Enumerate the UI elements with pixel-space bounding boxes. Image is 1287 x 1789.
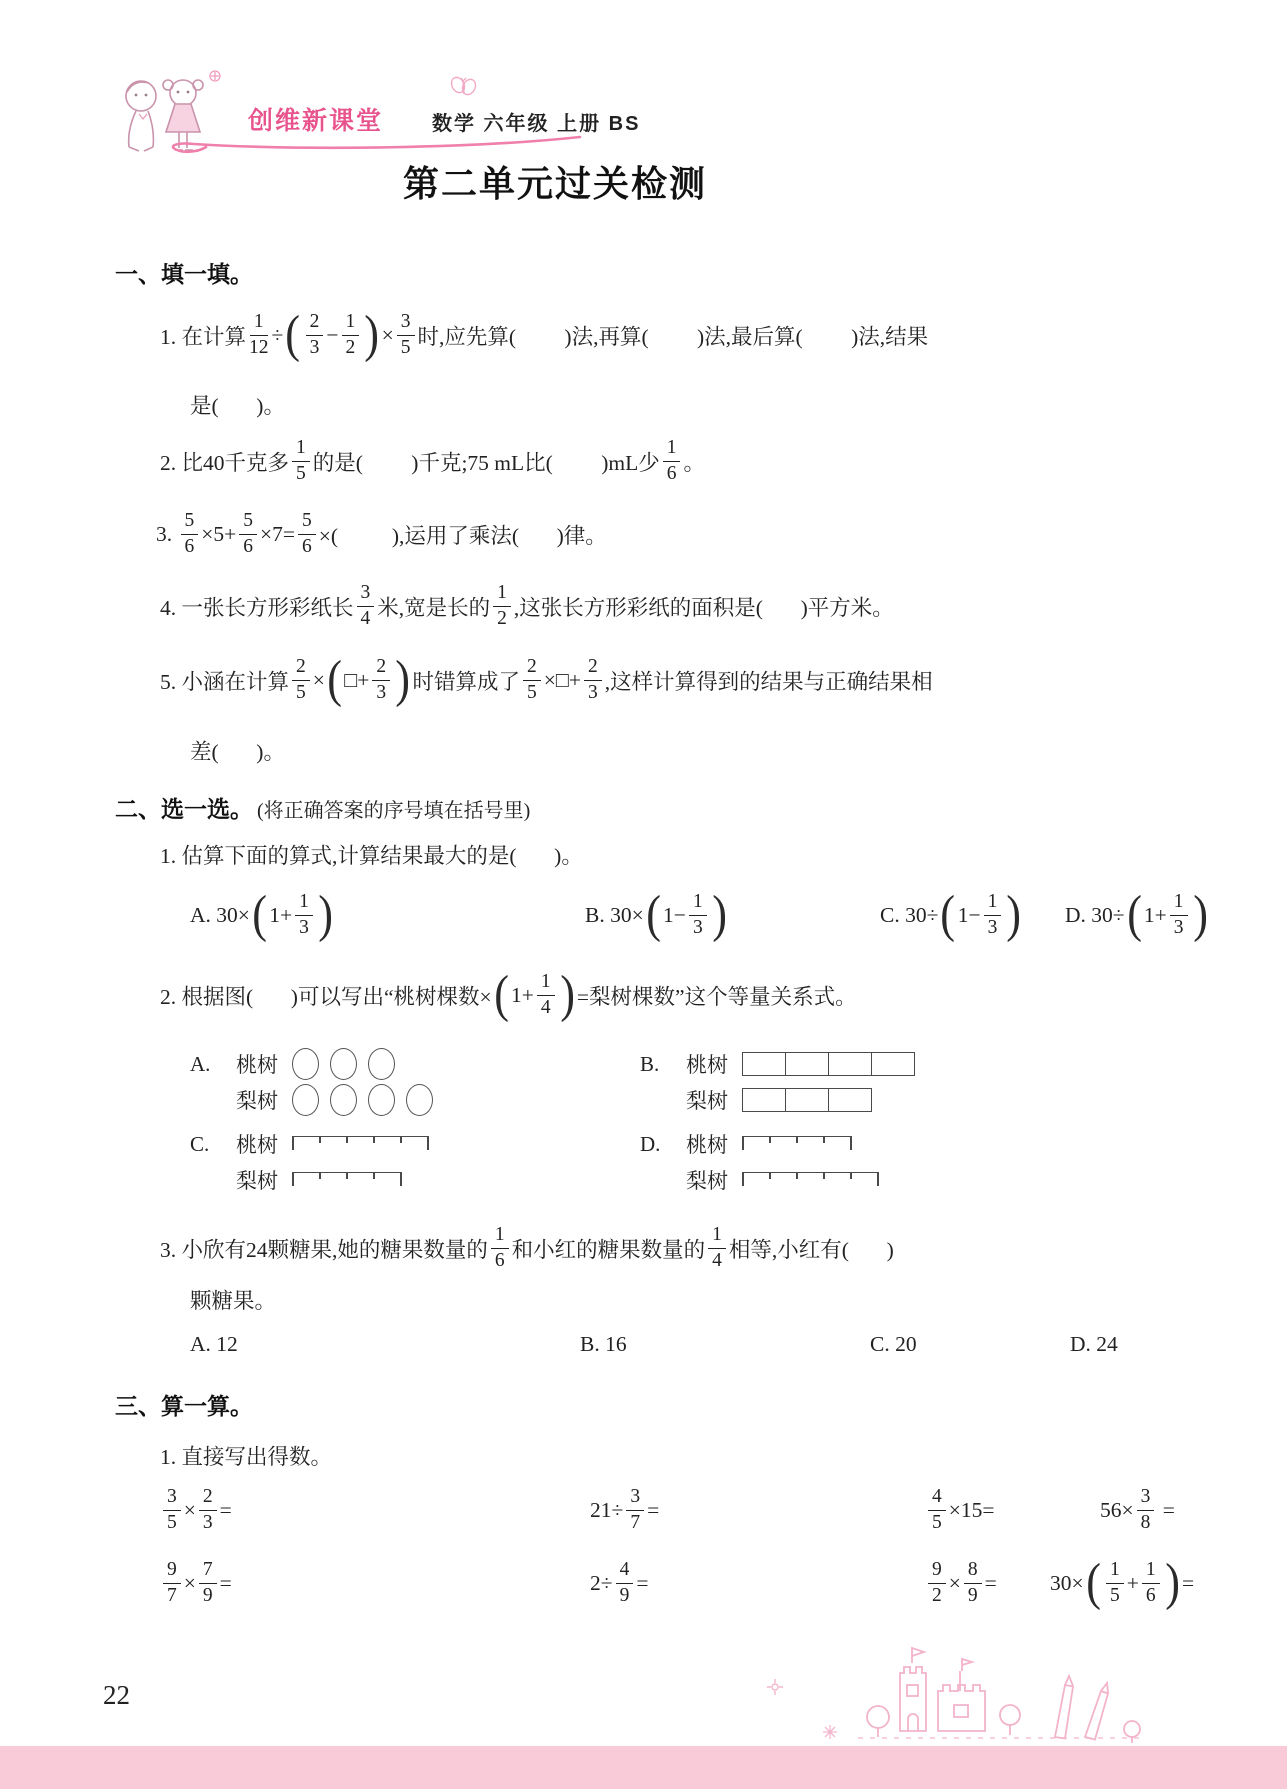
question-1-line-1: 1. 在计算112÷(23−12)×35时,应先算( )法,再算( )法,最后算… <box>160 299 928 371</box>
ruler-tick <box>742 1172 744 1186</box>
fraction: 35 <box>397 312 415 358</box>
numerator: 7 <box>199 1560 217 1583</box>
bar-shape <box>742 1088 872 1112</box>
math-text: ×( ),运用了乘法( )律。 <box>319 519 607 550</box>
numerator: 4 <box>616 1560 634 1583</box>
ruler-tick <box>769 1136 771 1143</box>
question-3-line: 3. 56×5+56×7=56×( ),运用了乘法( )律。 <box>156 498 607 570</box>
denominator: 5 <box>932 1511 942 1533</box>
math-text: ,这张长方形彩纸的面积是( )平方米。 <box>514 591 894 622</box>
paren: ) <box>365 312 380 359</box>
calc-r2c3: 92×89= <box>925 1541 997 1625</box>
denominator: 3 <box>588 681 598 703</box>
paren: ( <box>494 972 509 1019</box>
denominator: 5 <box>167 1511 177 1533</box>
diagram-option-a: A.桃树梨树 <box>190 1046 444 1118</box>
math-text: 时,应先算( )法,再算( )法,最后算( )法,结果 <box>418 320 929 351</box>
math-text: 相等,小红有( ) <box>729 1233 894 1264</box>
fraction: 79 <box>199 1560 217 1606</box>
fraction: 37 <box>626 1487 644 1533</box>
math-text: ×□+ <box>544 668 581 693</box>
paren: ( <box>646 892 661 939</box>
denominator: 4 <box>541 996 551 1018</box>
bar-cell <box>743 1053 786 1075</box>
ruler-tick <box>796 1136 798 1143</box>
denominator: 5 <box>1110 1584 1120 1606</box>
paren: ( <box>286 312 301 359</box>
ruler-diagram <box>292 1172 400 1188</box>
fraction: 49 <box>616 1560 634 1606</box>
math-text: 4. 一张长方形彩纸长 <box>160 591 354 622</box>
calc-r1c4: 56×38 = <box>1100 1474 1175 1546</box>
math-text: A. 30× <box>190 903 250 928</box>
bar-cell <box>743 1089 786 1111</box>
section-2-heading: 二、选一选。(将正确答案的序号填在括号里) <box>115 791 530 824</box>
numerator: 8 <box>964 1560 982 1583</box>
denominator: 3 <box>376 681 386 703</box>
numerator: 3 <box>397 312 415 335</box>
math-text: = <box>220 1571 232 1596</box>
numerator: 3 <box>1137 1487 1155 1510</box>
diagram-option-b: B.桃树梨树 <box>640 1046 915 1118</box>
math-text: D. 30÷ <box>1065 903 1125 928</box>
tree-label: 梨树 <box>236 1165 278 1195</box>
math-text: + <box>1127 1571 1139 1596</box>
diagram-row: 桃树 <box>236 1046 444 1082</box>
option-label: A. <box>190 1046 226 1082</box>
numerator: 2 <box>372 657 390 680</box>
ruler-diagram <box>292 1136 427 1152</box>
math-text: C. 30÷ <box>880 903 938 928</box>
ruler-tick <box>769 1172 771 1179</box>
math-text: 1− <box>958 903 981 928</box>
math-text: =梨树棵数”这个等量关系式。 <box>577 980 857 1011</box>
math-text: 米,宽是长的 <box>377 591 490 622</box>
denominator: 9 <box>203 1584 213 1606</box>
paren: ( <box>1127 892 1142 939</box>
numerator: 5 <box>239 511 257 534</box>
math-text: 56× <box>1100 1498 1134 1523</box>
numerator: 2 <box>584 657 602 680</box>
numerator: 2 <box>292 657 310 680</box>
denominator: 6 <box>185 535 195 557</box>
ruler-tick <box>373 1136 375 1143</box>
paren: ) <box>1165 1560 1180 1607</box>
ruler-tick <box>292 1172 294 1186</box>
diagram-option-d: D.桃树梨树 <box>640 1126 877 1198</box>
fraction: 13 <box>295 892 313 938</box>
denominator: 7 <box>167 1584 177 1606</box>
diagram-row: 桃树 <box>236 1126 427 1162</box>
fraction: 89 <box>964 1560 982 1606</box>
question-4-line: 4. 一张长方形彩纸长34米,宽是长的12,这张长方形彩纸的面积是( )平方米。 <box>160 570 894 642</box>
s2-q1-option-a: A. 30×(1+13) <box>190 873 335 957</box>
math-text: 的是( )千克;75 mL比( )mL少 <box>313 446 660 477</box>
paren: ) <box>1193 892 1208 939</box>
math-text: 。 <box>683 446 705 477</box>
paren: ( <box>327 657 342 704</box>
s2-q1-option-d: D. 30÷(1+13) <box>1065 873 1210 957</box>
fraction: 56 <box>181 511 199 557</box>
numerator: 1 <box>250 312 268 335</box>
circle-shape <box>368 1048 395 1080</box>
denominator: 3 <box>310 336 320 358</box>
numerator: 3 <box>357 583 375 606</box>
paren: ) <box>1007 892 1022 939</box>
denominator: 7 <box>630 1511 640 1533</box>
numerator: 1 <box>1106 1560 1124 1583</box>
footer-bar <box>0 1746 1287 1789</box>
math-text: ×15= <box>949 1498 995 1523</box>
math-text: 3. 小欣有24颗糖果,她的糖果数量的 <box>160 1233 488 1264</box>
fraction: 112 <box>249 312 269 358</box>
fraction: 14 <box>537 972 555 1018</box>
math-text: 1+ <box>1144 903 1167 928</box>
denominator: 9 <box>620 1584 630 1606</box>
diagram-row: 梨树 <box>236 1082 444 1118</box>
math-text: = <box>636 1571 648 1596</box>
diagram-row: 桃树 <box>686 1046 915 1082</box>
diagram-row: 桃树 <box>686 1126 877 1162</box>
ruler-tick <box>292 1136 294 1150</box>
math-text: B. 30× <box>585 903 644 928</box>
math-text: 21÷ <box>590 1498 623 1523</box>
castle-trees-pencils-illustration <box>850 1643 1155 1756</box>
calc-r1c1: 35×23= <box>160 1474 232 1546</box>
swoosh-underline <box>148 132 588 159</box>
circle-shape <box>406 1084 433 1116</box>
denominator: 3 <box>203 1511 213 1533</box>
ruler-tick <box>400 1172 402 1186</box>
paren: ( <box>252 892 267 939</box>
denominator: 5 <box>401 336 411 358</box>
denominator: 2 <box>497 607 507 629</box>
bar-diagram <box>742 1052 915 1076</box>
s2-question-3-line-1: 3. 小欣有24颗糖果,她的糖果数量的16和小红的糖果数量的14相等,小红有( … <box>160 1212 894 1284</box>
tree-label: 桃树 <box>236 1129 278 1159</box>
numerator: 1 <box>1142 1560 1160 1583</box>
denominator: 3 <box>299 916 309 938</box>
paren: ( <box>1086 1560 1101 1607</box>
s3-subheading: 1. 直接写出得数。 <box>160 1440 332 1471</box>
numerator: 1 <box>491 1225 509 1248</box>
math-text: ÷ <box>272 323 284 348</box>
page-number: 22 <box>103 1680 130 1711</box>
s2-question-3-line-2: 颗糖果。 <box>190 1284 276 1315</box>
paren: ) <box>560 972 575 1019</box>
ruler-shape <box>742 1136 850 1152</box>
tree-label: 桃树 <box>236 1049 278 1079</box>
ruler-diagram <box>742 1136 850 1152</box>
calc-r1c3: 45×15= <box>925 1474 995 1546</box>
numerator: 3 <box>163 1487 181 1510</box>
denominator: 4 <box>712 1249 722 1271</box>
math-text: − <box>326 323 338 348</box>
numerator: 2 <box>523 657 541 680</box>
paren: ) <box>712 892 727 939</box>
circle-shape <box>330 1084 357 1116</box>
math-text: 3. <box>156 522 178 547</box>
math-text: ×7= <box>260 522 295 547</box>
butterfly-icon <box>449 74 479 105</box>
numerator: 1 <box>295 892 313 915</box>
fraction: 45 <box>928 1487 946 1533</box>
ruler-tick <box>346 1136 348 1143</box>
diagram-rows: 桃树梨树 <box>236 1046 444 1118</box>
math-text: 5. 小涵在计算 <box>160 665 289 696</box>
math-text: 2. 比40千克多 <box>160 446 289 477</box>
circle-shape <box>292 1048 319 1080</box>
section-2-title: 二、选一选。 <box>115 791 253 824</box>
s2-q3-choice-b: B. 16 <box>580 1332 627 1357</box>
ruler-tick <box>877 1172 879 1186</box>
worksheet-page: 创维新课堂 数学 六年级 上册 BS 第二单元过关检测 一、填一填。 1. 在计… <box>0 0 1287 1789</box>
denominator: 3 <box>1174 916 1184 938</box>
numerator: 2 <box>306 312 324 335</box>
math-text: 1− <box>663 903 686 928</box>
question-1-line-2: 是( )。 <box>190 389 285 420</box>
numerator: 1 <box>689 892 707 915</box>
bar-diagram <box>742 1088 872 1112</box>
section-3-title: 三、算一算。 <box>115 1388 253 1421</box>
fraction: 38 <box>1137 1487 1155 1533</box>
denominator: 5 <box>296 681 306 703</box>
math-text: = <box>1182 1571 1194 1596</box>
tree-label: 桃树 <box>686 1049 728 1079</box>
ruler-tick <box>796 1172 798 1179</box>
fraction: 15 <box>292 438 310 484</box>
fraction: 56 <box>239 511 257 557</box>
ruler-tick <box>850 1172 852 1179</box>
question-5-line-1: 5. 小涵在计算25×(□+23)时错算成了25×□+23,这样计算得到的结果与… <box>160 638 933 722</box>
s2-q3-choice-c: C. 20 <box>870 1332 917 1357</box>
circle-shape <box>292 1084 319 1116</box>
denominator: 6 <box>495 1249 505 1271</box>
fraction: 16 <box>491 1225 509 1271</box>
section-1-title: 一、填一填。 <box>115 256 253 289</box>
numerator: 2 <box>199 1487 217 1510</box>
circle-shape <box>368 1084 395 1116</box>
fraction: 25 <box>523 657 541 703</box>
fraction: 97 <box>163 1560 181 1606</box>
denominator: 5 <box>296 462 306 484</box>
tree-label: 梨树 <box>686 1085 728 1115</box>
numerator: 1 <box>493 583 511 606</box>
calc-r2c1: 97×79= <box>160 1541 232 1625</box>
circles-diagram <box>292 1048 406 1080</box>
fraction: 13 <box>1170 892 1188 938</box>
calc-r2c4: 30×(15+16)= <box>1050 1541 1194 1625</box>
numerator: 1 <box>984 892 1002 915</box>
numerator: 9 <box>163 1560 181 1583</box>
ruler-tick <box>319 1172 321 1179</box>
ruler-tick <box>319 1136 321 1143</box>
fraction: 13 <box>984 892 1002 938</box>
numerator: 1 <box>708 1225 726 1248</box>
tree-label: 梨树 <box>236 1085 278 1115</box>
question-2-line: 2. 比40千克多15的是( )千克;75 mL比( )mL少16。 <box>160 425 705 497</box>
ruler-tick <box>400 1136 402 1143</box>
math-text: 和小红的糖果数量的 <box>512 1233 706 1264</box>
ruler-diagram <box>742 1172 877 1188</box>
math-text: = <box>220 1498 232 1523</box>
calc-r2c2: 2÷49= <box>590 1541 648 1625</box>
denominator: 6 <box>302 535 312 557</box>
numerator: 5 <box>298 511 316 534</box>
option-label: C. <box>190 1126 226 1162</box>
math-text: × <box>184 1498 196 1523</box>
ruler-shape <box>292 1172 400 1188</box>
fraction: 15 <box>1106 1560 1124 1606</box>
fraction: 35 <box>163 1487 181 1533</box>
numerator: 1 <box>1170 892 1188 915</box>
diagram-row: 梨树 <box>686 1082 915 1118</box>
math-text: = <box>647 1498 659 1523</box>
question-5-line-2: 差( )。 <box>190 735 285 766</box>
bar-shape <box>742 1052 915 1076</box>
numerator: 1 <box>537 972 555 995</box>
math-text: 2÷ <box>590 1571 613 1596</box>
tree-label: 桃树 <box>686 1129 728 1159</box>
fraction: 14 <box>708 1225 726 1271</box>
denominator: 4 <box>361 607 371 629</box>
math-text: 2. 根据图( )可以写出“桃树棵数× <box>160 980 492 1011</box>
denominator: 9 <box>968 1584 978 1606</box>
math-text: 30× <box>1050 1571 1084 1596</box>
tree-label: 梨树 <box>686 1165 728 1195</box>
diagram-rows: 桃树梨树 <box>686 1126 877 1198</box>
bar-cell <box>786 1053 829 1075</box>
math-text: 时错算成了 <box>412 665 520 696</box>
option-label: B. <box>640 1046 676 1082</box>
ruler-tick <box>742 1136 744 1150</box>
math-text: × <box>313 668 325 693</box>
denominator: 8 <box>1141 1511 1151 1533</box>
ruler-tick <box>346 1172 348 1179</box>
paren: ( <box>941 892 956 939</box>
ruler-tick <box>823 1172 825 1179</box>
diagram-rows: 桃树梨树 <box>686 1046 915 1118</box>
fraction: 25 <box>292 657 310 703</box>
math-text: 1. 在计算 <box>160 320 246 351</box>
ruler-tick <box>850 1136 852 1150</box>
denominator: 6 <box>1146 1584 1156 1606</box>
fraction: 23 <box>584 657 602 703</box>
ruler-shape <box>292 1136 427 1152</box>
diagram-row: 梨树 <box>236 1162 427 1198</box>
denominator: 3 <box>693 916 703 938</box>
numerator: 4 <box>928 1487 946 1510</box>
math-text: 1+ <box>511 983 534 1008</box>
math-text: = <box>1157 1498 1175 1523</box>
math-text: ×5+ <box>201 522 236 547</box>
math-text: × <box>184 1571 196 1596</box>
bar-cell <box>829 1053 872 1075</box>
ruler-shape <box>742 1172 877 1188</box>
numerator: 9 <box>928 1560 946 1583</box>
fraction: 16 <box>1142 1560 1160 1606</box>
math-text: ,这样计算得到的结果与正确结果相 <box>605 665 933 696</box>
bar-cell <box>872 1053 914 1075</box>
fraction: 12 <box>342 312 360 358</box>
ruler-tick <box>823 1136 825 1143</box>
bar-cell <box>786 1089 829 1111</box>
denominator: 5 <box>527 681 537 703</box>
paren: ) <box>318 892 333 939</box>
numerator: 1 <box>663 438 681 461</box>
circle-shape <box>330 1048 357 1080</box>
numerator: 1 <box>342 312 360 335</box>
fraction: 12 <box>493 583 511 629</box>
s2-q1-option-c: C. 30÷(1−13) <box>880 873 1024 957</box>
fraction: 13 <box>689 892 707 938</box>
denominator: 6 <box>243 535 253 557</box>
numerator: 3 <box>626 1487 644 1510</box>
section-1-heading: 一、填一填。 <box>115 256 253 289</box>
section-2-note: (将正确答案的序号填在括号里) <box>257 794 530 823</box>
fraction: 23 <box>199 1487 217 1533</box>
option-label: D. <box>640 1126 676 1162</box>
section-3-heading: 三、算一算。 <box>115 1388 253 1421</box>
s2-q3-choice-d: D. 24 <box>1070 1332 1118 1357</box>
denominator: 12 <box>249 336 269 358</box>
denominator: 3 <box>988 916 998 938</box>
diagram-row: 梨树 <box>686 1162 877 1198</box>
denominator: 6 <box>667 462 677 484</box>
ruler-tick <box>427 1136 429 1150</box>
math-text: 1+ <box>269 903 292 928</box>
math-text: □+ <box>344 668 369 693</box>
fraction: 34 <box>357 583 375 629</box>
denominator: 2 <box>932 1584 942 1606</box>
flower-sparkle-icon <box>766 1678 784 1701</box>
denominator: 2 <box>346 336 356 358</box>
math-text: = <box>985 1571 997 1596</box>
math-text: × <box>949 1571 961 1596</box>
fraction: 23 <box>372 657 390 703</box>
ruler-tick <box>373 1172 375 1179</box>
bar-cell <box>829 1089 871 1111</box>
fraction: 92 <box>928 1560 946 1606</box>
numerator: 1 <box>292 438 310 461</box>
s2-question-2-line: 2. 根据图( )可以写出“桃树棵数×(1+14)=梨树棵数”这个等量关系式。 <box>160 953 857 1037</box>
s2-q3-choice-a: A. 12 <box>190 1332 238 1357</box>
flower-sparkle-icon <box>822 1724 838 1745</box>
paren: ) <box>395 657 410 704</box>
s2-q1-option-b: B. 30×(1−13) <box>585 873 729 957</box>
page-title: 第二单元过关检测 <box>115 156 995 207</box>
math-text: × <box>382 323 394 348</box>
s2-question-1-line: 1. 估算下面的算式,计算结果最大的是( )。 <box>160 839 583 870</box>
diagram-option-c: C.桃树梨树 <box>190 1126 427 1198</box>
fraction: 16 <box>663 438 681 484</box>
fraction: 56 <box>298 511 316 557</box>
fraction: 23 <box>306 312 324 358</box>
numerator: 5 <box>181 511 199 534</box>
calc-r1c2: 21÷37= <box>590 1474 659 1546</box>
circles-diagram <box>292 1084 444 1116</box>
diagram-rows: 桃树梨树 <box>236 1126 427 1198</box>
